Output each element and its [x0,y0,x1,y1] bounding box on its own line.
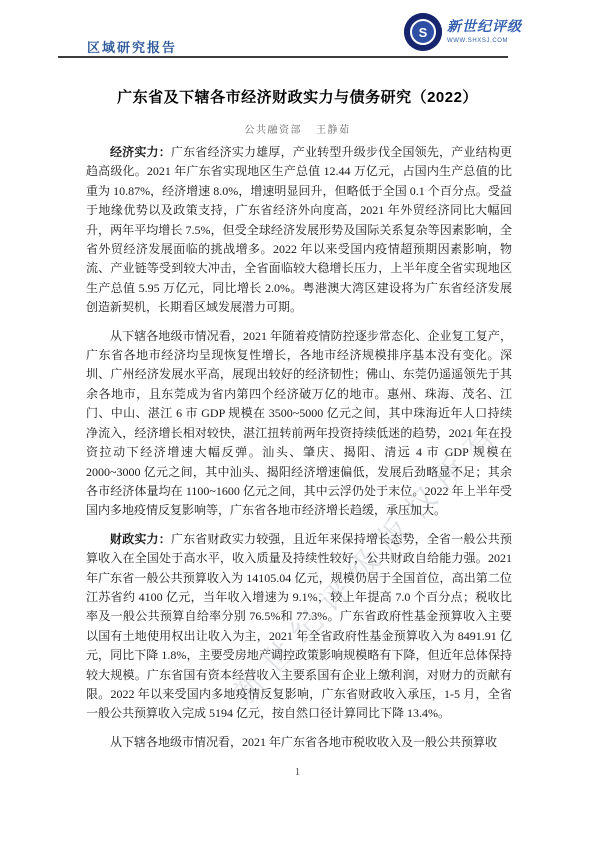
logo-seal-icon: S [404,13,442,51]
paragraph-fiscal-strength: 财政实力：广东省财政实力较强，且近年来保持增长态势，全省一般公共预算收入在全国处… [86,530,512,724]
document-page: 区域研究报告 S 新世纪评级 WWW.SHXSJ.COM 新世纪评级版权所有 广… [0,0,595,841]
byline: 公共融资部王静茹 [0,121,595,136]
paragraph-text: 从下辖各地级市情况看，2021 年广东省各地市税收收入及一般公共预算收 [110,735,497,749]
body-text: 经济实力：广东省经济实力雄厚，产业转型升级步伐全国领先，产业结构更趋高级化。20… [86,143,512,761]
paragraph-text: 从下辖各地级市情况看，2021 年随着疫情防控逐步常态化、企业复工复产，广东省各… [86,329,512,518]
paragraph-lead: 经济实力： [110,145,171,159]
company-name: 新世纪评级 [447,21,522,35]
logo-monogram: S [410,19,436,45]
header-divider [58,56,508,58]
paragraph-economic-strength: 经济实力：广东省经济实力雄厚，产业转型升级步伐全国领先，产业结构更趋高级化。20… [86,143,512,318]
report-type-label: 区域研究报告 [87,37,177,56]
paragraph-cities-fiscal: 从下辖各地级市情况看，2021 年广东省各地市税收收入及一般公共预算收 [86,733,512,752]
page-number: 1 [0,767,595,778]
company-logo: S 新世纪评级 WWW.SHXSJ.COM [404,13,522,51]
paragraph-text: 广东省经济实力雄厚，产业转型升级步伐全国领先，产业结构更趋高级化。2021 年广… [86,145,512,314]
byline-department: 公共融资部 [245,125,303,136]
paragraph-text: 广东省财政实力较强，且近年来保持增长态势，全省一般公共预算收入在全国处于高水平，… [86,532,512,721]
company-website: WWW.SHXSJ.COM [447,38,522,44]
paragraph-cities-economy: 从下辖各地级市情况看，2021 年随着疫情防控逐步常态化、企业复工复产，广东省各… [86,327,512,521]
paragraph-lead: 财政实力： [110,532,171,546]
byline-author: 王静茹 [316,125,351,136]
page-title: 广东省及下辖各市经济财政实力与债务研究（2022） [0,86,595,107]
logo-text-block: 新世纪评级 WWW.SHXSJ.COM [447,21,522,44]
